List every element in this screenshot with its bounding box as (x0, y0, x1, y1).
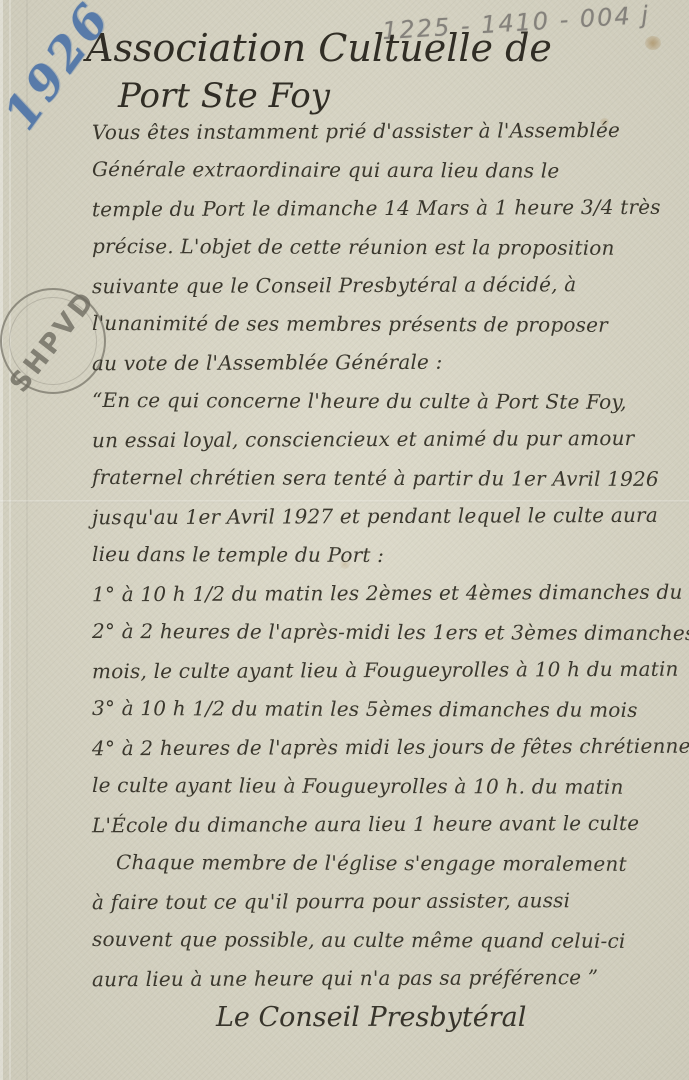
handwritten-line: 3° à 10 h 1/2 du matin les 5èmes dimanch… (92, 688, 677, 729)
handwritten-line: un essai loyal, consciencieux et animé d… (92, 419, 677, 460)
handwritten-line: 2° à 2 heures de l'après-midi les 1ers e… (92, 611, 677, 652)
handwritten-line: “En ce qui concerne l'heure du culte à P… (92, 380, 677, 421)
scanned-document-page: 1926 1225 - 1410 - 004 j SHPVD Associati… (0, 0, 689, 1080)
stamp-text: SHPVD (4, 284, 102, 398)
handwritten-line: jusqu'au 1er Avril 1927 et pendant leque… (92, 496, 677, 537)
handwritten-line: précise. L'objet de cette réunion est la… (92, 226, 677, 267)
document-body: Vous êtes instamment prié d'assister à l… (92, 112, 677, 1038)
handwritten-line: suivante que le Conseil Presbytéral a dé… (92, 265, 677, 306)
handwritten-line: Chaque membre de l'église s'engage moral… (92, 842, 677, 883)
document-title-line-1: Association Cultuelle de (86, 26, 552, 70)
handwritten-line: lieu dans le temple du Port : (92, 534, 677, 575)
stamp-inner-ring (9, 297, 97, 385)
handwritten-line: aura lieu à une heure qui n'a pas sa pré… (92, 958, 677, 999)
shpvd-round-stamp: SHPVD (0, 288, 106, 394)
handwritten-line: souvent que possible, au culte même quan… (92, 919, 677, 960)
signature-line: Le Conseil Presbytéral (92, 998, 677, 1038)
handwritten-line: 1° à 10 h 1/2 du matin les 2èmes et 4ème… (92, 573, 677, 614)
handwritten-line: à faire tout ce qu'il pourra pour assist… (92, 881, 677, 922)
handwritten-line: l'unanimité de ses membres présents de p… (92, 303, 677, 344)
handwritten-line: au vote de l'Assemblée Générale : (92, 342, 677, 383)
handwritten-line: temple du Port le dimanche 14 Mars à 1 h… (92, 188, 677, 229)
handwritten-line: Vous êtes instamment prié d'assister à l… (92, 111, 677, 152)
handwritten-line: le culte ayant lieu à Fougueyrolles à 10… (92, 765, 677, 806)
handwritten-line: fraternel chrétien sera tenté à partir d… (92, 457, 677, 498)
handwritten-line: 4° à 2 heures de l'après midi les jours … (92, 727, 677, 768)
handwritten-line: Générale extraordinaire qui aura lieu da… (92, 149, 677, 190)
handwritten-line: mois, le culte ayant lieu à Fougueyrolle… (92, 650, 677, 691)
handwritten-line: L'École du dimanche aura lieu 1 heure av… (92, 804, 677, 845)
document-title-line-2: Port Ste Foy (118, 76, 330, 116)
paper-stain (645, 36, 661, 50)
